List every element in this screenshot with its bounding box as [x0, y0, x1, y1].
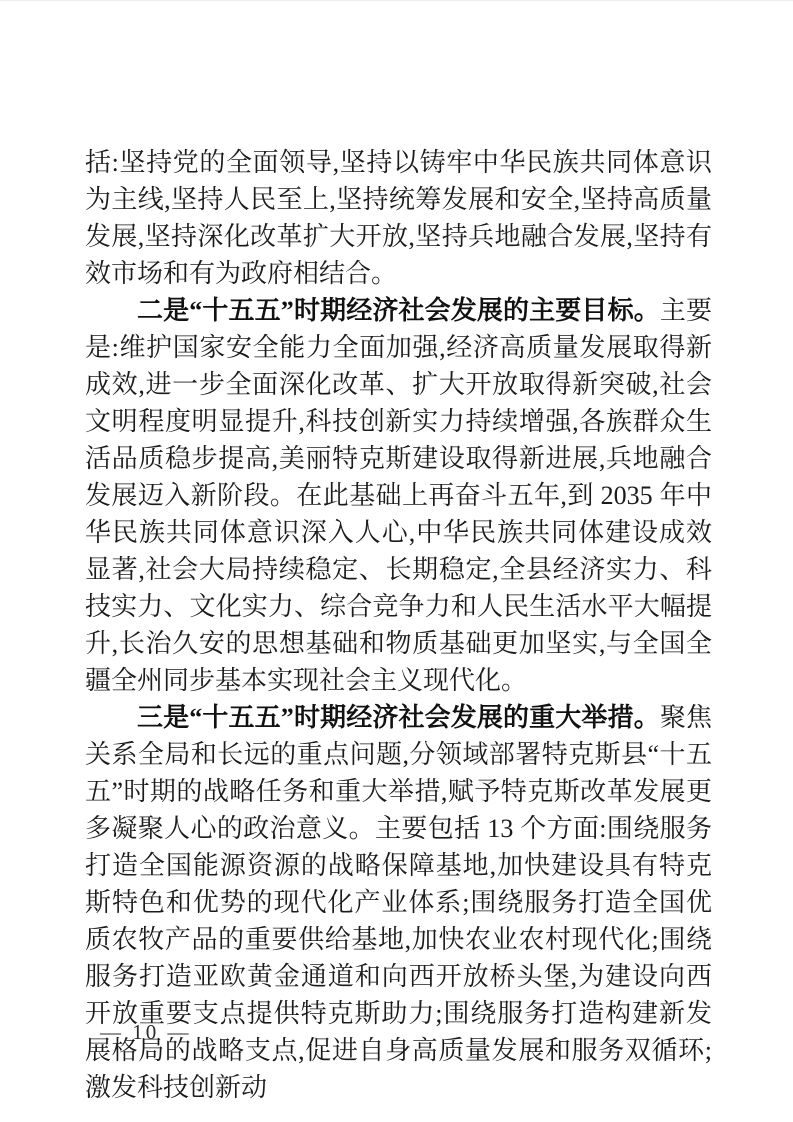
page-number: — 10 —: [100, 1020, 192, 1045]
paragraph-text: 括:坚持党的全面领导,坚持以铸牢中华民族共同体意识为主线,坚持人民至上,坚持统筹…: [85, 148, 712, 288]
paragraph-continuation: 括:坚持党的全面领导,坚持以铸牢中华民族共同体意识为主线,坚持人民至上,坚持统筹…: [85, 144, 712, 292]
paragraph-lead-bold: 二是“十五五”时期经济社会发展的主要目标。: [137, 296, 660, 325]
paragraph-lead-bold: 三是“十五五”时期经济社会发展的重大举措。: [137, 703, 660, 732]
paragraph-text: 主要是:维护国家安全能力全面加强,经济高质量发展取得新成效,进一步全面深化改革、…: [85, 296, 712, 695]
paragraph-main-goals: 二是“十五五”时期经济社会发展的主要目标。主要是:维护国家安全能力全面加强,经济…: [85, 292, 712, 699]
document-page: 括:坚持党的全面领导,坚持以铸牢中华民族共同体意识为主线,坚持人民至上,坚持统筹…: [0, 0, 793, 1122]
document-body: 括:坚持党的全面领导,坚持以铸牢中华民族共同体意识为主线,坚持人民至上,坚持统筹…: [85, 144, 712, 1106]
